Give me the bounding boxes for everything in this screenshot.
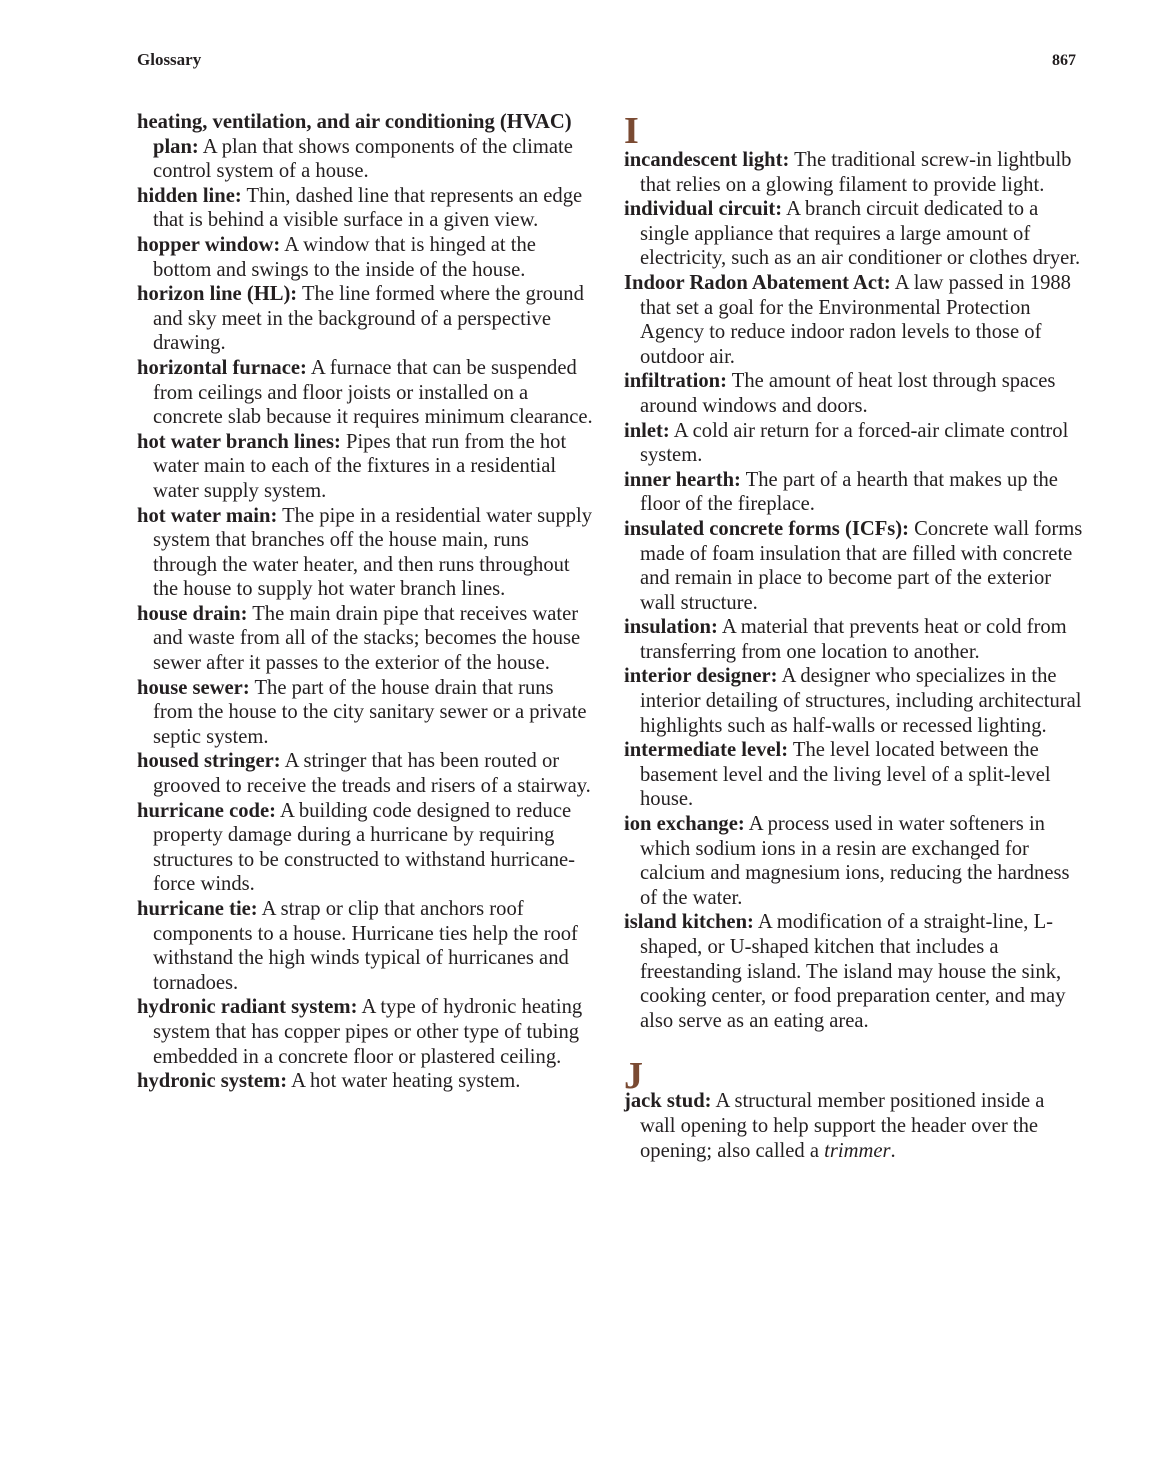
glossary-entry: incandescent light: The traditional scre… [624,148,1084,197]
glossary-entry: heating, ventilation, and air conditioni… [137,110,597,184]
glossary-term: hidden line: [137,185,242,207]
glossary-entry: intermediate level: The level located be… [624,738,1084,812]
glossary-definition-italic: trimmer [824,1140,890,1162]
glossary-term: individual circuit: [624,198,782,220]
glossary-term: Indoor Radon Abatement Act: [624,272,891,294]
glossary-entry: island kitchen: A modification of a stra… [624,910,1084,1033]
glossary-term: jack stud: [624,1090,712,1112]
glossary-term: inlet: [624,420,670,442]
glossary-term: horizontal furnace: [137,357,307,379]
glossary-term: house sewer: [137,677,250,699]
glossary-entry: hydronic radiant system: A type of hydro… [137,995,597,1069]
running-header-section: Glossary [137,50,201,70]
glossary-definition-end: . [891,1140,896,1162]
glossary-term: incandescent light: [624,149,789,171]
glossary-term: hydronic system: [137,1070,287,1092]
glossary-definition: A plan that shows components of the clim… [153,136,573,183]
glossary-entry: hidden line: Thin, dashed line that repr… [137,184,597,233]
glossary-entry: hopper window: A window that is hinged a… [137,233,597,282]
glossary-entry: inlet: A cold air return for a forced-ai… [624,419,1084,468]
glossary-entry: jack stud: A structural member positione… [624,1089,1084,1163]
glossary-term: insulation: [624,616,718,638]
section-j-entries: jack stud: A structural member positione… [624,1089,1084,1163]
glossary-term: insulated concrete forms (ICFs): [624,518,909,540]
glossary-term: infiltration: [624,370,727,392]
glossary-term: hurricane code: [137,800,276,822]
glossary-term: interior designer: [624,665,777,687]
glossary-entry: house sewer: The part of the house drain… [137,676,597,750]
glossary-entry: house drain: The main drain pipe that re… [137,602,597,676]
glossary-entry: hurricane code: A building code designed… [137,799,597,897]
right-column: I incandescent light: The traditional sc… [624,110,1084,1163]
glossary-entry: hot water main: The pipe in a residentia… [137,504,597,602]
glossary-definition: A cold air return for a forced-air clima… [640,420,1068,467]
glossary-entry: housed stringer: A stringer that has bee… [137,749,597,798]
glossary-term: hot water branch lines: [137,431,341,453]
glossary-entry: Indoor Radon Abatement Act: A law passed… [624,271,1084,369]
section-letter-i: I [624,114,1084,148]
glossary-term: house drain: [137,603,247,625]
glossary-term: hot water main: [137,505,277,527]
glossary-definition: A hot water heating system. [287,1070,520,1092]
left-column: heating, ventilation, and air conditioni… [137,110,597,1094]
glossary-entry: insulation: A material that prevents hea… [624,615,1084,664]
glossary-entry: hydronic system: A hot water heating sys… [137,1069,597,1094]
glossary-entry: hot water branch lines: Pipes that run f… [137,430,597,504]
glossary-term: ion exchange: [624,813,745,835]
glossary-term: housed stringer: [137,750,281,772]
glossary-entry: individual circuit: A branch circuit ded… [624,197,1084,271]
glossary-entry: ion exchange: A process used in water so… [624,812,1084,910]
glossary-term: hydronic radiant system: [137,996,357,1018]
glossary-term: island kitchen: [624,911,754,933]
glossary-term: inner hearth: [624,469,741,491]
glossary-term: hurricane tie: [137,898,258,920]
glossary-entry: interior designer: A designer who specia… [624,664,1084,738]
glossary-term: hopper window: [137,234,280,256]
glossary-entry: horizon line (HL): The line formed where… [137,282,597,356]
glossary-entry: hurricane tie: A strap or clip that anch… [137,897,597,995]
glossary-entry: horizontal furnace: A furnace that can b… [137,356,597,430]
glossary-term: intermediate level: [624,739,788,761]
glossary-entry: infiltration: The amount of heat lost th… [624,369,1084,418]
glossary-entry: insulated concrete forms (ICFs): Concret… [624,517,1084,615]
glossary-entry: inner hearth: The part of a hearth that … [624,468,1084,517]
section-i-entries: incandescent light: The traditional scre… [624,148,1084,1033]
section-letter-j: J [624,1063,1084,1089]
page-number: 867 [1052,52,1076,70]
glossary-term: horizon line (HL): [137,283,297,305]
